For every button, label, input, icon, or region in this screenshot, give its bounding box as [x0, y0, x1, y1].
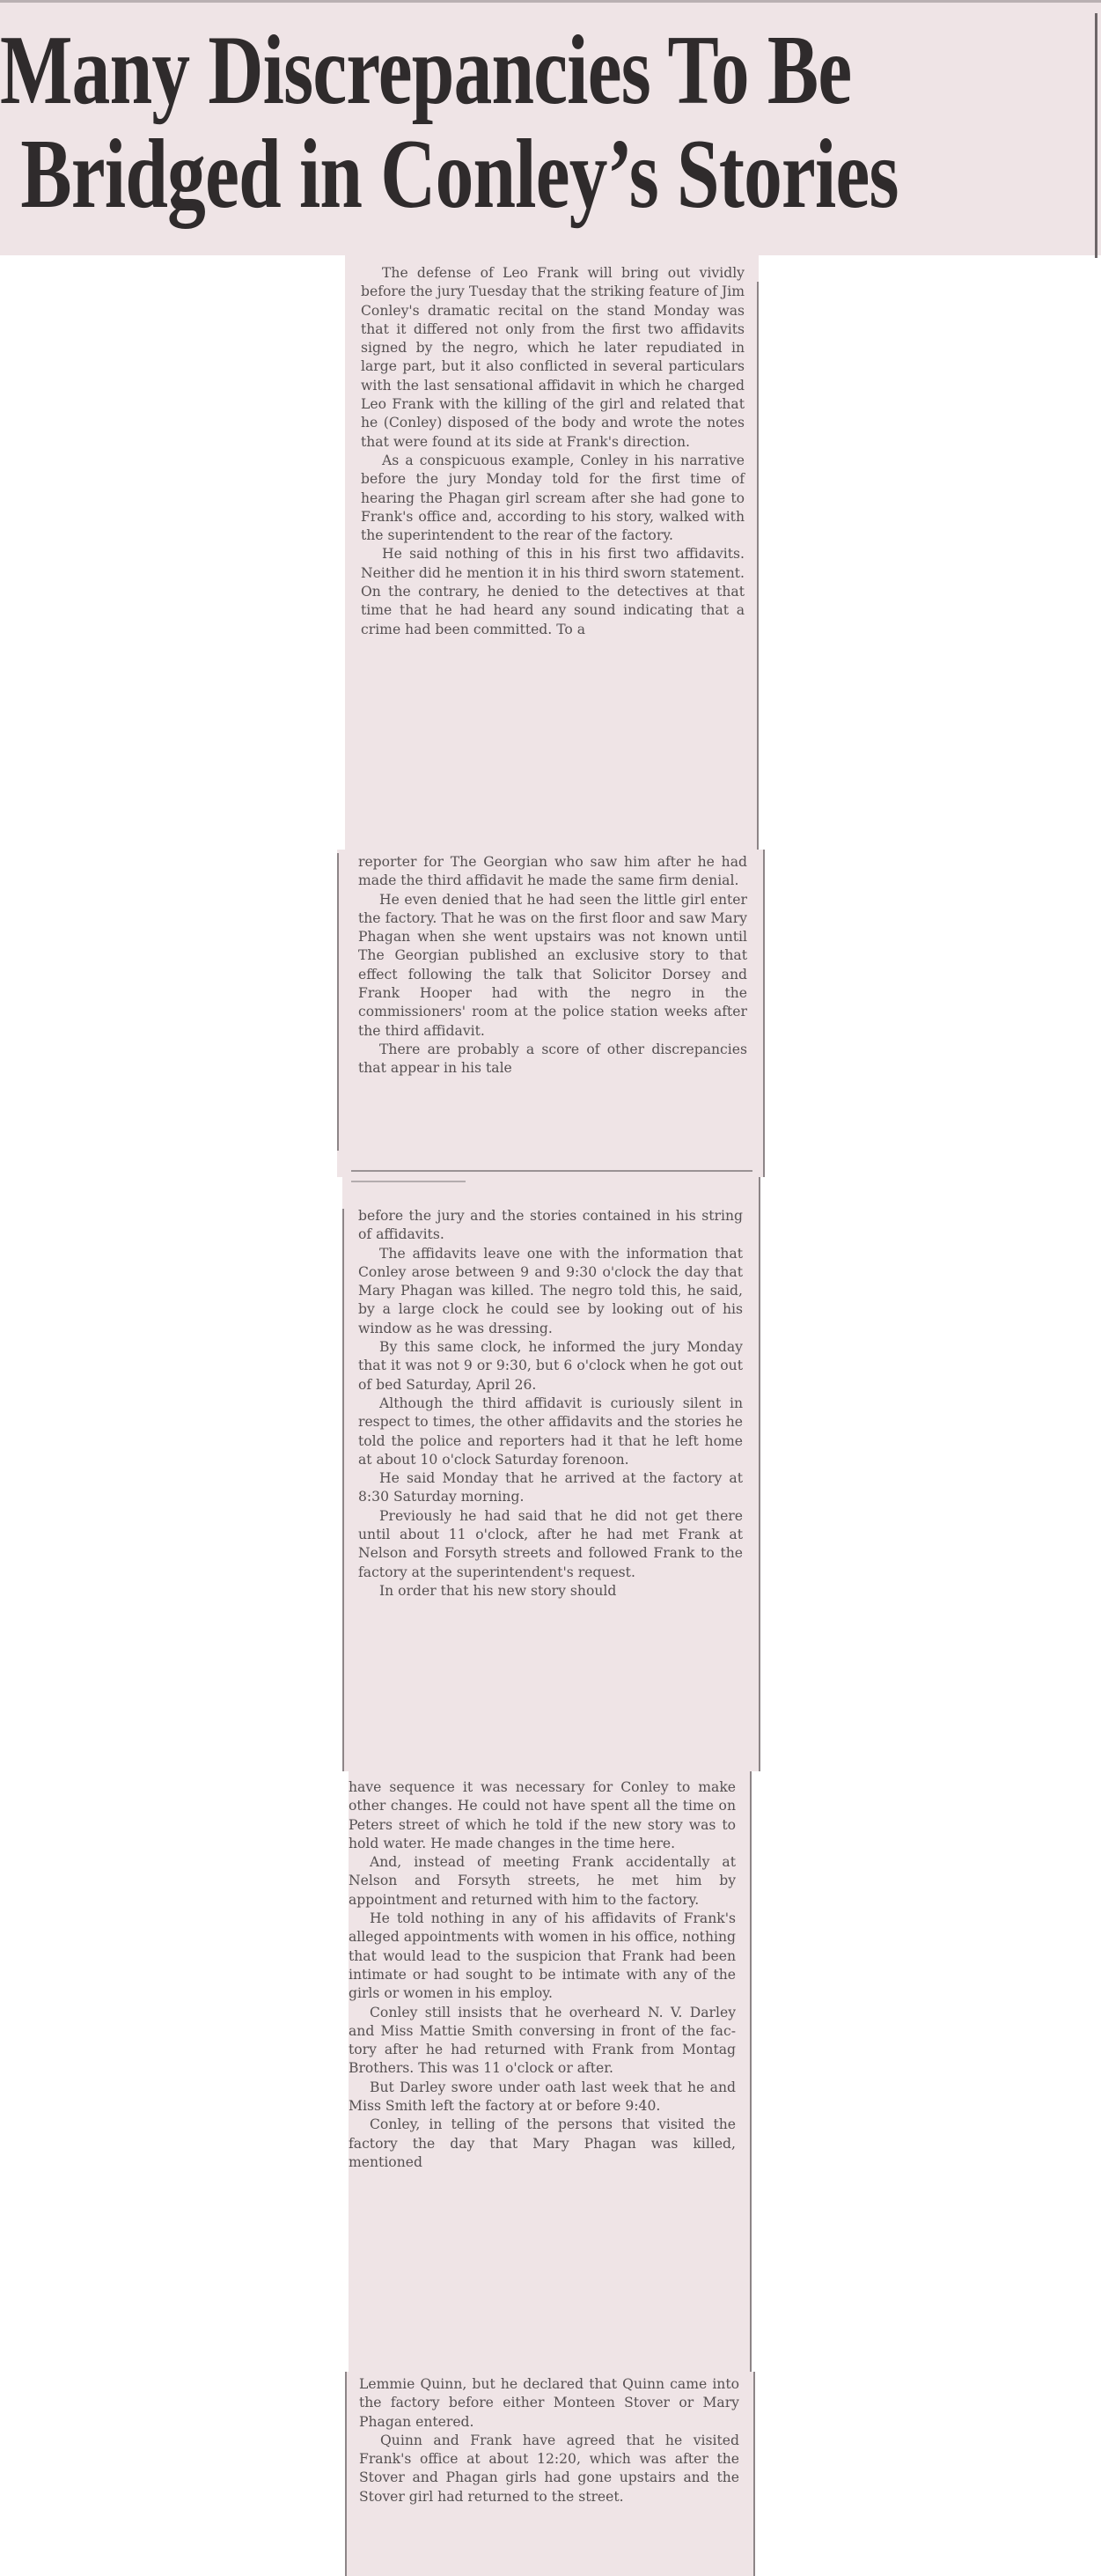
column-rule	[763, 850, 765, 1177]
paragraph: He even denied that he had seen the litt…	[358, 891, 747, 1041]
paragraph: Lemmie Quinn, but he declared that Quinn…	[359, 2375, 739, 2432]
paragraph: Although the third affidavit is cu­rious…	[358, 1395, 743, 1469]
section-divider	[351, 1181, 466, 1182]
paragraph: before the jury and the stories con­tain…	[358, 1207, 743, 1245]
paragraph: He said nothing of this in his first two…	[361, 545, 745, 638]
column-rule	[753, 2372, 755, 2576]
paragraph: By this same clock, he informed the jury…	[358, 1338, 743, 1395]
article-segment-5: Lemmie Quinn, but he declared that Quinn…	[345, 2372, 755, 2576]
article-segment-2: reporter for The Georgian who saw him af…	[337, 850, 765, 1177]
paragraph: He told nothing in any of his affi­davit…	[349, 1910, 736, 2003]
column-rule	[759, 1177, 760, 1771]
article-segment-4: have sequence it was necessary for Conle…	[349, 1771, 752, 2372]
paragraph: Quinn and Frank have agreed that he visi…	[359, 2432, 739, 2506]
paragraph: The defense of Leo Frank will bring out …	[361, 264, 745, 452]
article-segment-3: before the jury and the stories con­tain…	[342, 1177, 760, 1771]
column-rule	[342, 1209, 344, 1771]
paragraph: As a conspicuous example, Conley in his …	[361, 452, 745, 545]
column-rule	[345, 2372, 347, 2576]
paragraph: The affidavits leave one with the inform…	[358, 1245, 743, 1338]
paragraph: Conley, in telling of the persons that v…	[349, 2116, 736, 2172]
headline-line-1: Many Discrepancies To Be	[0, 18, 851, 122]
segment-text: before the jury and the stories con­tain…	[358, 1207, 743, 1601]
paragraph: have sequence it was necessary for Conle…	[349, 1778, 736, 1853]
column-rule	[1095, 13, 1097, 258]
column-rule	[750, 1771, 752, 2372]
paragraph: reporter for The Georgian who saw him af…	[358, 853, 747, 891]
paragraph: In order that his new story should	[358, 1582, 743, 1601]
segment-text: have sequence it was necessary for Conle…	[349, 1778, 736, 2172]
paragraph: Previously he had said that he did not g…	[358, 1507, 743, 1582]
section-divider	[351, 1170, 752, 1172]
article-segment-1: The defense of Leo Frank will bring out …	[345, 255, 759, 850]
paragraph: There are probably a score of other disc…	[358, 1041, 747, 1078]
column-rule	[337, 853, 339, 1151]
segment-text: reporter for The Georgian who saw him af…	[358, 853, 747, 1078]
paragraph: But Darley swore under oath last week th…	[349, 2079, 736, 2116]
paragraph: And, instead of meeting Frank ac­cidenta…	[349, 1853, 736, 1910]
headline: Many Discrepancies To Be Bridged in Conl…	[0, 18, 851, 226]
segment-text: The defense of Leo Frank will bring out …	[361, 264, 745, 639]
headline-line-2: Bridged in Conley’s Stories	[0, 122, 851, 226]
headline-block: Many Discrepancies To Be Bridged in Conl…	[0, 0, 1101, 255]
column-rule	[757, 282, 759, 850]
segment-text: Lemmie Quinn, but he declared that Quinn…	[359, 2375, 739, 2506]
paragraph: He said Monday that he arrived at the fa…	[358, 1469, 743, 1507]
paragraph: Conley still insists that he over­heard …	[349, 2004, 736, 2079]
